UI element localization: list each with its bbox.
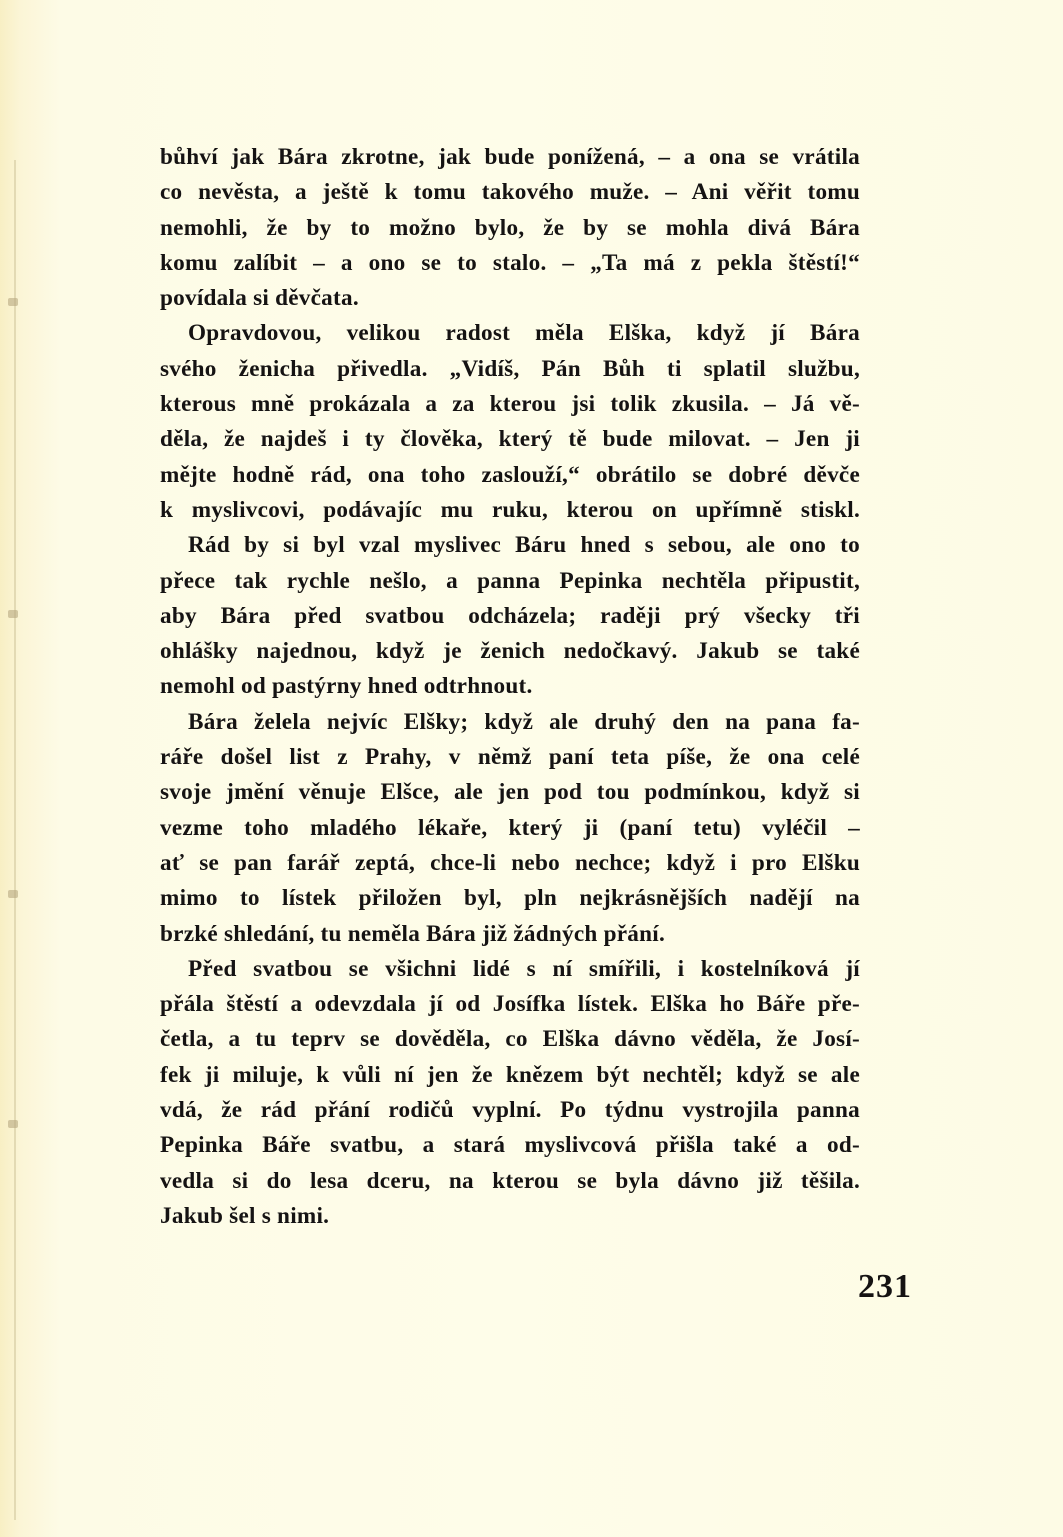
text-line: Pepinka Báře svatbu, a stará myslivcová …	[160, 1128, 860, 1163]
text-line: vezme toho mladého lékaře, který ji (pan…	[160, 811, 860, 846]
body-text: bůhví jak Bára zkrotne, jak bude ponížen…	[160, 140, 860, 1234]
text-line: přála štěstí a odevzdala jí od Josífka l…	[160, 987, 860, 1022]
edge-mark	[8, 890, 18, 898]
text-line: přece tak rychle nešlo, a panna Pepinka …	[160, 564, 860, 599]
book-page: bůhví jak Bára zkrotne, jak bude ponížen…	[0, 0, 1063, 1537]
paragraph: Opravdovou, velikou radost měla Elška, k…	[160, 316, 860, 528]
text-line: mimo to lístek přiložen byl, pln nejkrás…	[160, 881, 860, 916]
text-line: povídala si děvčata.	[160, 281, 860, 316]
paragraph: Bára želela nejvíc Elšky; když ale druhý…	[160, 705, 860, 952]
text-line: fek ji miluje, k vůli ní jen že knězem b…	[160, 1058, 860, 1093]
text-line: aby Bára před svatbou odcházela; raději …	[160, 599, 860, 634]
text-line: Jakub šel s nimi.	[160, 1199, 860, 1234]
text-line: Před svatbou se všichni lidé s ní smířil…	[160, 952, 860, 987]
text-line: svého ženicha přivedla. „Vidíš, Pán Bůh …	[160, 352, 860, 387]
text-line: co nevěsta, a ještě k tomu takového muže…	[160, 175, 860, 210]
text-line: k myslivcovi, podávajíc mu ruku, kterou …	[160, 493, 860, 528]
edge-mark	[8, 1120, 18, 1128]
text-line: ať se pan farář zeptá, chce-li nebo nech…	[160, 846, 860, 881]
text-line: komu zalíbit – a ono se to stalo. – „Ta …	[160, 246, 860, 281]
text-line: kterous mně prokázala a za kterou jsi to…	[160, 387, 860, 422]
text-line: svoje jmění věnuje Elšce, ale jen pod to…	[160, 775, 860, 810]
edge-mark	[8, 610, 18, 618]
text-line: brzké shledání, tu neměla Bára již žádný…	[160, 917, 860, 952]
text-line: nemohli, že by to možno bylo, že by se m…	[160, 211, 860, 246]
text-line: bůhví jak Bára zkrotne, jak bude ponížen…	[160, 140, 860, 175]
paragraph: bůhví jak Bára zkrotne, jak bude ponížen…	[160, 140, 860, 316]
text-line: ráře došel list z Prahy, v němž paní tet…	[160, 740, 860, 775]
text-line: vedla si do lesa dceru, na kterou se byl…	[160, 1164, 860, 1199]
text-line: Rád by si byl vzal myslivec Báru hned s …	[160, 528, 860, 563]
text-line: Bára želela nejvíc Elšky; když ale druhý…	[160, 705, 860, 740]
paragraph: Rád by si byl vzal myslivec Báru hned s …	[160, 528, 860, 704]
page-gutter-edge	[14, 160, 16, 1520]
text-line: ohlášky najednou, když je ženich nedočka…	[160, 634, 860, 669]
text-line: Opravdovou, velikou radost měla Elška, k…	[160, 316, 860, 351]
text-line: nemohl od pastýrny hned odtrhnout.	[160, 669, 860, 704]
text-line: děla, že najdeš i ty člověka, který tě b…	[160, 422, 860, 457]
paragraph: Před svatbou se všichni lidé s ní smířil…	[160, 952, 860, 1234]
page-number: 231	[858, 1268, 912, 1306]
text-line: četla, a tu teprv se dověděla, co Elška …	[160, 1022, 860, 1057]
edge-mark	[8, 298, 18, 306]
text-line: vdá, že rád přání rodičů vyplní. Po týdn…	[160, 1093, 860, 1128]
text-line: mějte hodně rád, ona toho zaslouží,“ obr…	[160, 458, 860, 493]
